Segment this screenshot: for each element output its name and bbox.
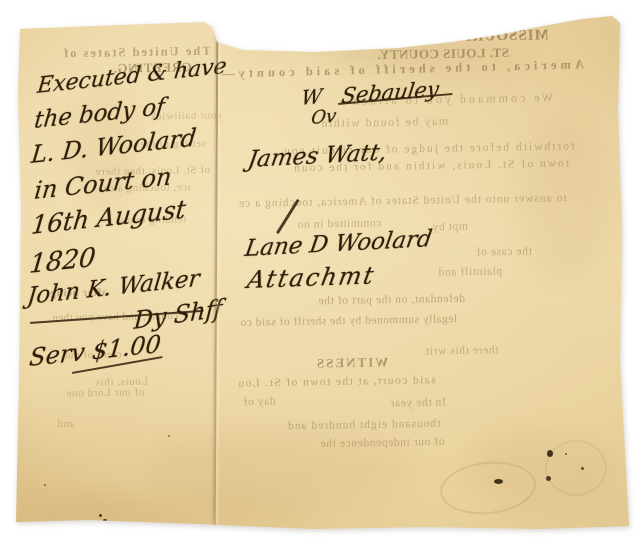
- printed-form-text-mirrored: ss.: [331, 28, 344, 40]
- paper-vignette: [0, 0, 640, 554]
- paper-sheet: ss.{MISSOURI TERRITORY,ST. LOUIS COUNTY.…: [0, 0, 640, 554]
- ink-speck: [122, 525, 125, 528]
- paper-wrapper: ss.{MISSOURI TERRITORY,ST. LOUIS COUNTY.…: [0, 0, 640, 554]
- printed-form-text-mirrored: {: [348, 21, 362, 53]
- document-scan: ss.{MISSOURI TERRITORY,ST. LOUIS COUNTY.…: [0, 0, 640, 554]
